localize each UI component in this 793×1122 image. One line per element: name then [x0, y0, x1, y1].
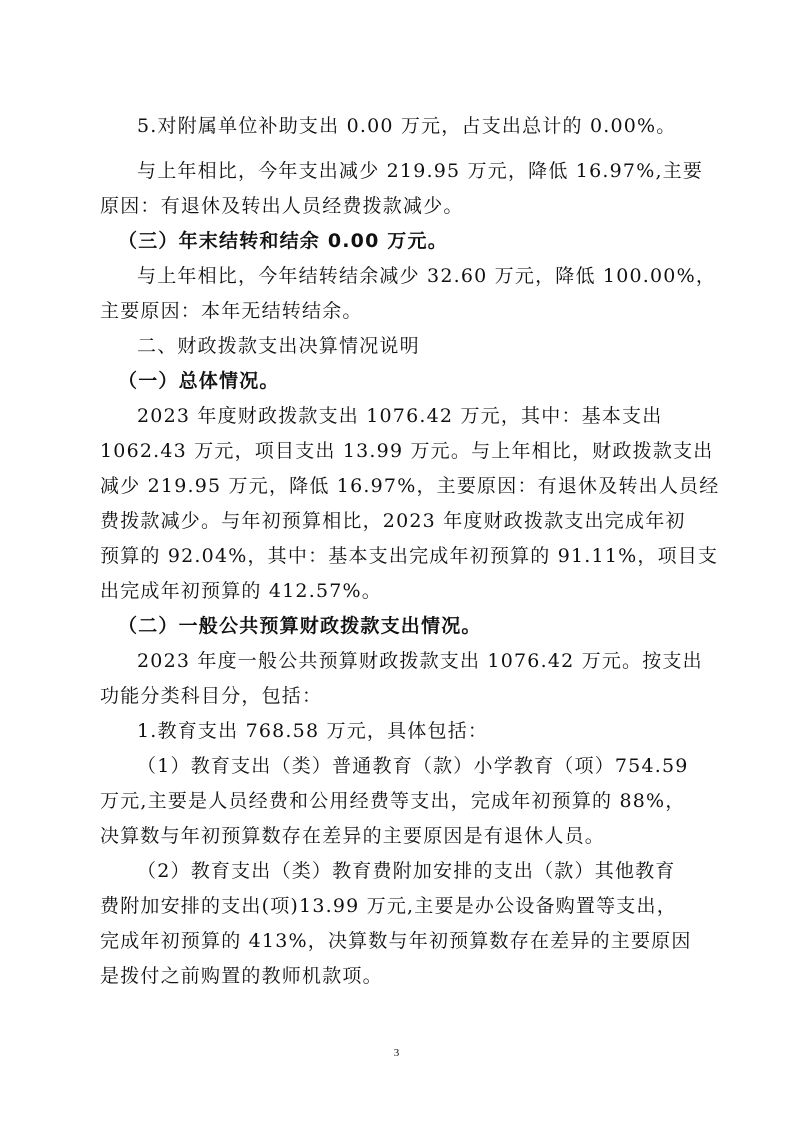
paragraph-line: 预算的 92.04%，其中：基本支出完成年初预算的 91.11%，项目支 — [100, 544, 718, 568]
paragraph-line: 1062.43 万元，项目支出 13.99 万元。与上年相比，财政拨款支出 — [100, 439, 713, 463]
paragraph-line: 出完成年初预算的 412.57%。 — [100, 579, 382, 603]
paragraph-line: 与上年相比，今年支出减少 219.95 万元，降低 16.97%,主要 — [137, 159, 703, 183]
paragraph-line: 原因：有退休及转出人员经费拨款减少。 — [100, 194, 464, 218]
paragraph-line: 决算数与年初预算数存在差异的主要原因是有退休人员。 — [100, 824, 605, 848]
paragraph-line: 主要原因：本年无结转结余。 — [100, 299, 363, 323]
paragraph-line: 是拨付之前购置的教师机款项。 — [100, 964, 383, 988]
document-page: 5.对附属单位补助支出 0.00 万元，占支出总计的 0.00%。 与上年相比，… — [0, 0, 793, 1122]
paragraph-line: 费拨款减少。与年初预算相比，2023 年度财政拨款支出完成年初 — [100, 509, 686, 533]
paragraph-line: 减少 219.95 万元，降低 16.97%，主要原因：有退休及转出人员经 — [100, 474, 719, 498]
paragraph-line: 1.教育支出 768.58 万元，具体包括： — [137, 719, 488, 743]
paragraph-line: 功能分类科目分，包括： — [100, 684, 322, 708]
chapter-heading: 二、财政拨款支出决算情况说明 — [137, 334, 420, 358]
section-heading: （二）一般公共预算财政拨款支出情况。 — [118, 614, 482, 638]
page-number: 3 — [0, 1047, 793, 1059]
paragraph-line: 5.对附属单位补助支出 0.00 万元，占支出总计的 0.00%。 — [137, 114, 677, 138]
section-heading: （三）年末结转和结余 0.00 万元。 — [118, 229, 448, 253]
paragraph-line: 与上年相比，今年结转结余减少 32.60 万元，降低 100.00%， — [137, 264, 716, 288]
paragraph-line: 完成年初预算的 413%，决算数与年初预算数存在差异的主要原因 — [100, 929, 692, 953]
paragraph-line: 2023 年度财政拨款支出 1076.42 万元，其中：基本支出 — [137, 404, 662, 428]
paragraph-line: 2023 年度一般公共预算财政拨款支出 1076.42 万元。按支出 — [137, 649, 703, 673]
paragraph-line: （2）教育支出（类）教育费附加安排的支出（款）其他教育 — [137, 859, 676, 883]
paragraph-line: 费附加安排的支出(项)13.99 万元,主要是办公设备购置等支出， — [100, 894, 677, 918]
section-heading: （一）总体情况。 — [118, 369, 280, 393]
paragraph-line: 万元,主要是人员经费和公用经费等支出，完成年初预算的 88%， — [100, 789, 686, 813]
paragraph-line: （1）教育支出（类）普通教育（款）小学教育（项）754.59 — [137, 754, 689, 778]
